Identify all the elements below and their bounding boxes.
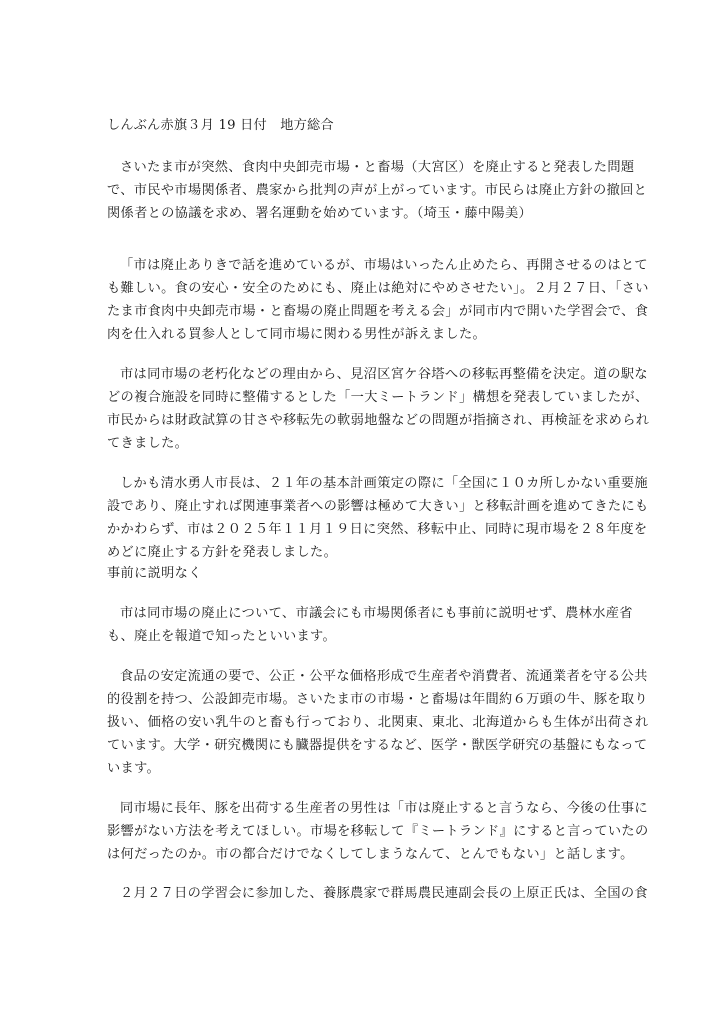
paragraph-6-line-1: 食品の安定流通の要で、公正・公平な価格形成で生産者や消費者、流通業者を守る公共 (120, 666, 648, 688)
paragraph-4-line-3: かかわらず、市は２０２５年１１月１９日に突然、移転中止、同時に現市場を２８年度を (107, 519, 647, 541)
article-source-header: しんぶん赤旗３月 19 日付 地方総合 (107, 115, 334, 137)
paragraph-7-line-1: 同市場に長年、豚を出荷する生産者の男性は「市は廃止すると言うなら、今後の仕事に (120, 798, 648, 820)
paragraph-2-line-1: 「市は廃止ありきで話を進めているが、市場はいったん止めたら、再開させるのはとて (120, 255, 648, 277)
paragraph-8-line-1: ２月２７日の学習会に参加した、養豚農家で群馬農民連副会長の上原正氏は、全国の食 (120, 883, 648, 905)
paragraph-1-line-2: で、市民や市場関係者、農家から批判の声が上がっています。市民らは廃止方針の撤回と (107, 180, 647, 202)
paragraph-7-line-2: 影響がない方法を考えてほしい。市場を移転して『ミートランド』にすると言っていたの (107, 821, 649, 843)
paragraph-1-line-1: さいたま市が突然、食肉中央卸売市場・と畜場（大宮区）を廃止すると発表した問題 (120, 157, 634, 179)
paragraph-3-line-4: てきました。 (107, 433, 188, 455)
paragraph-3-line-3: 市民からは財政試算の甘さや移転先の軟弱地盤などの問題が指摘され、再検証を求められ (107, 410, 649, 432)
paragraph-7-line-3: は何だったのか。市の都合だけでなくしてしまうなんて、とんでもない」と話します。 (107, 844, 634, 866)
paragraph-2-line-3: たま市食肉中央卸売市場・と畜場の廃止問題を考える会」が同市内で開いた学習会で、食 (107, 301, 648, 323)
paragraph-6-line-4: ています。大学・研究機関にも臓器提供をするなど、医学・獣医学研究の基盤にもなって (107, 735, 647, 757)
paragraph-6-line-3: 扱い、価格の安い乳牛のと畜も行っており、北関東、東北、北海道からも生体が出荷され (107, 712, 649, 734)
paragraph-4-line-4: めどに廃止する方針を発表しました。 (107, 542, 337, 564)
section-subheading: 事前に説明なく (107, 563, 202, 585)
paragraph-5-line-2: も、廃止を報道で知ったといいます。 (107, 626, 336, 648)
paragraph-2-line-2: も難しい。食の安心・安全のためにも、廃止は絶対にやめさせたい」。２月２７日、「さ… (107, 278, 649, 300)
paragraph-4-line-1: しかも清水勇人市長は、２１年の基本計画策定の際に「全国に１０カ所しかない重要施 (120, 473, 648, 495)
paragraph-6-line-2: 的役割を持つ、公設卸売市場。さいたま市の市場・と畜場は年間約６万頭の牛、豚を取り (107, 689, 648, 711)
paragraph-6-line-5: います。 (107, 758, 160, 780)
paragraph-4-line-2: 設であり、廃止すれば関連事業者への影響は極めて大きい」と移転計画を進めてきたにも (107, 496, 649, 518)
paragraph-5-line-1: 市は同市場の廃止について、市議会にも市場関係者にも事前に説明せず、農林水産省 (120, 603, 633, 625)
paragraph-2-line-4: 肉を仕入れる買参人として同市場に関わる男性が訴えました。 (107, 324, 486, 346)
paragraph-3-line-2: どの複合施設を同時に整備するとした「一大ミートランド」構想を発表していましたが、 (107, 387, 649, 409)
document-page: しんぶん赤旗３月 19 日付 地方総合 さいたま市が突然、食肉中央卸売市場・と畜… (0, 0, 724, 1024)
paragraph-3-line-1: 市は同市場の老朽化などの理由から、見沼区宮ケ谷塔への移転再整備を決定。道の駅な (120, 364, 648, 386)
paragraph-1-line-3: 関係者との協議を求め、署名運動を始めています。（埼玉・藤中陽美） (107, 203, 532, 225)
